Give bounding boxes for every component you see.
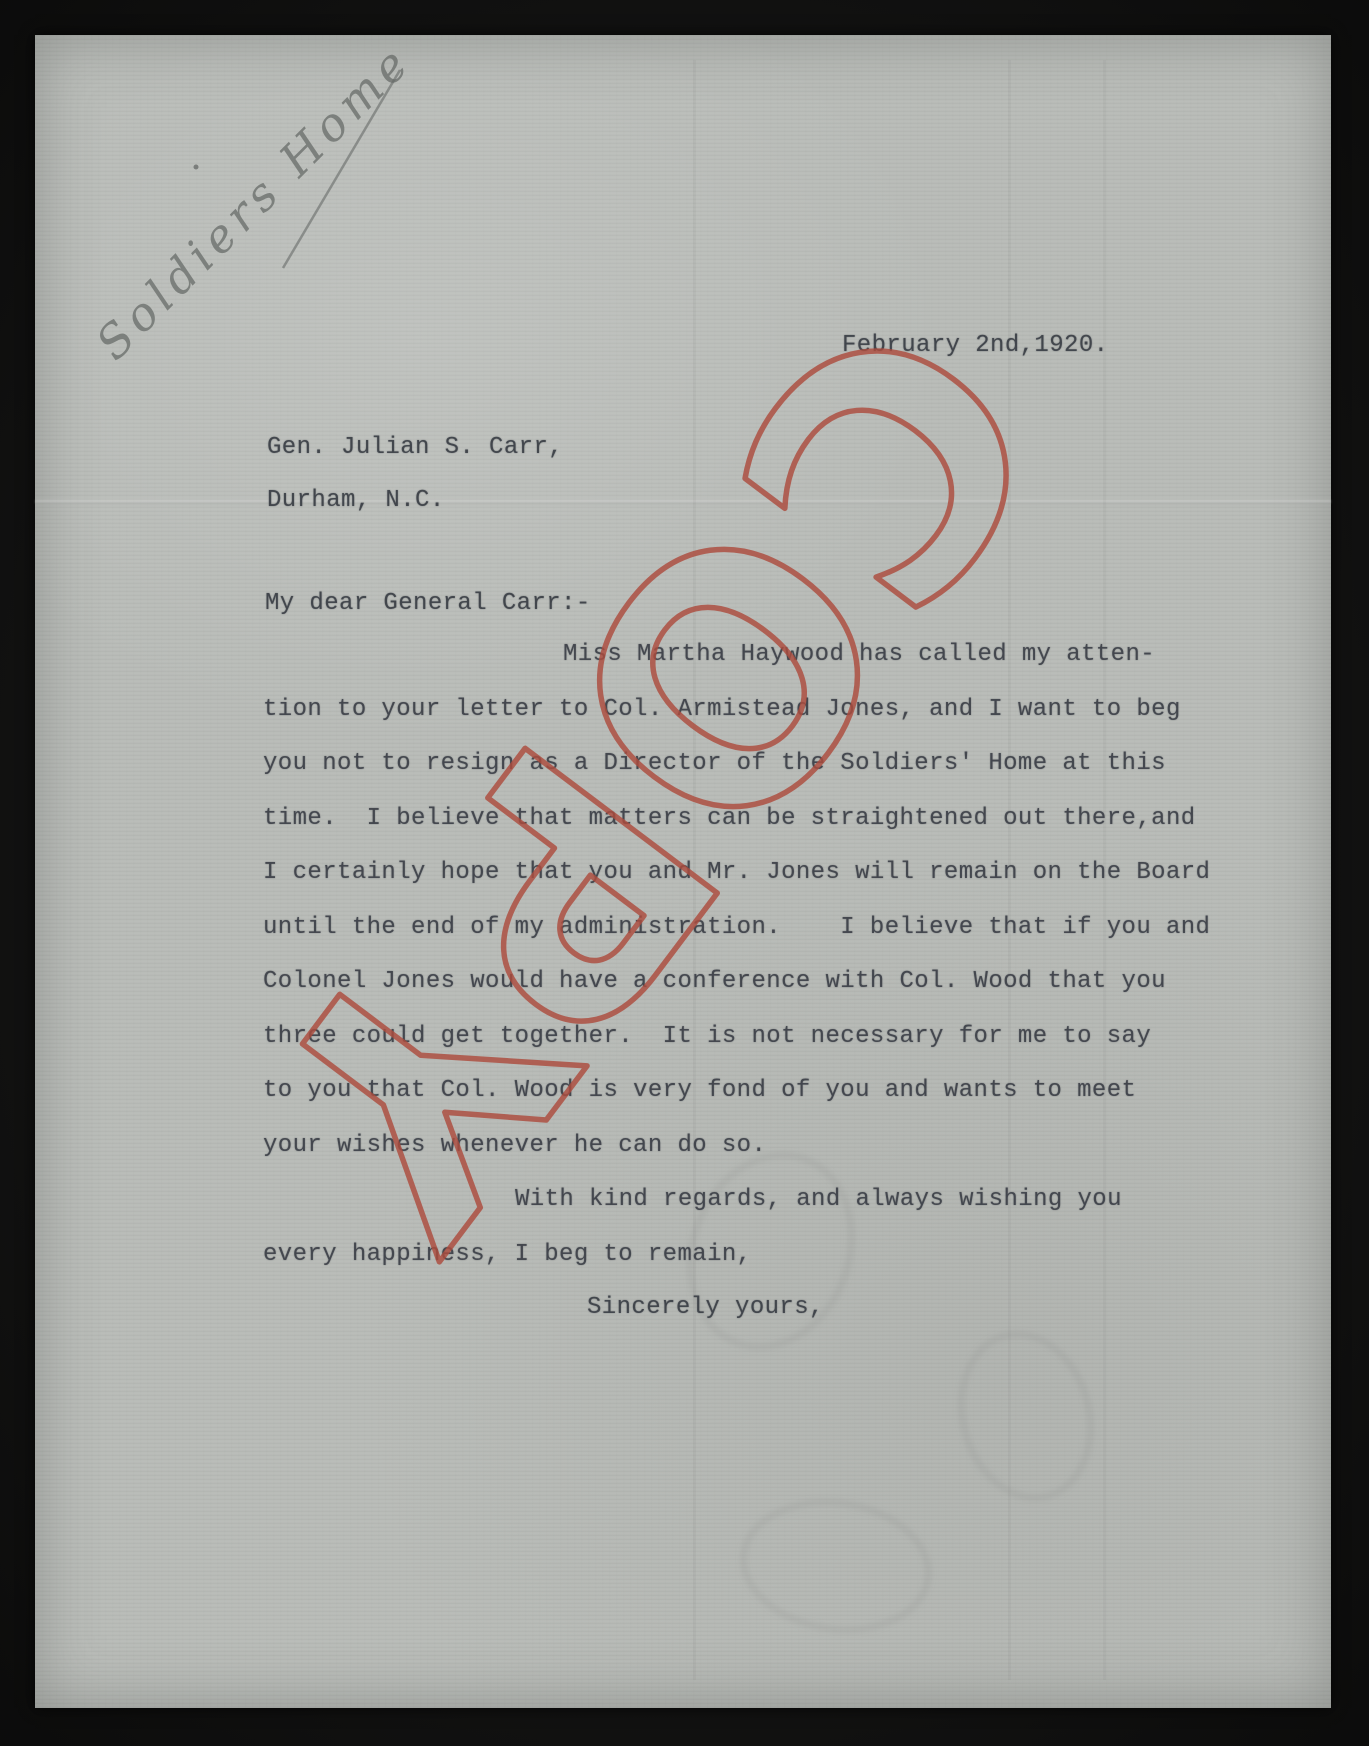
letter-line: Colonel Jones would have a conference wi… bbox=[263, 955, 1263, 1010]
letter-line: until the end of my administration. I be… bbox=[263, 901, 1263, 956]
letter-line: tion to your letter to Col. Armistead Jo… bbox=[263, 683, 1263, 738]
letter-line: three could get together. It is not nece… bbox=[263, 1010, 1263, 1065]
letter-line: Miss Martha Haywood has called my atten- bbox=[263, 628, 1263, 683]
letter-line: With kind regards, and always wishing yo… bbox=[263, 1173, 1263, 1228]
salutation: My dear General Carr:- bbox=[265, 590, 591, 617]
closing-line: Sincerely yours, bbox=[587, 1294, 824, 1321]
recipient-name: Gen. Julian S. Carr, bbox=[267, 434, 563, 461]
fold-crease bbox=[35, 500, 1331, 504]
letter-date: February 2nd,1920. bbox=[842, 332, 1108, 359]
letter-line: you not to resign as a Director of the S… bbox=[263, 737, 1263, 792]
letter-line: to you that Col. Wood is very fond of yo… bbox=[263, 1064, 1263, 1119]
scanned-letter-page: Soldiers Home February 2nd,1920. Gen. Ju… bbox=[0, 0, 1369, 1746]
recipient-address: Durham, N.C. bbox=[267, 487, 445, 514]
letter-line: every happiness, I beg to remain, bbox=[263, 1228, 1263, 1283]
letter-body: Miss Martha Haywood has called my atten-… bbox=[263, 628, 1263, 1282]
letter-line: I certainly hope that you and Mr. Jones … bbox=[263, 846, 1263, 901]
letter-line: time. I believe that matters can be stra… bbox=[263, 792, 1263, 847]
letter-line: your wishes whenever he can do so. bbox=[263, 1119, 1263, 1174]
